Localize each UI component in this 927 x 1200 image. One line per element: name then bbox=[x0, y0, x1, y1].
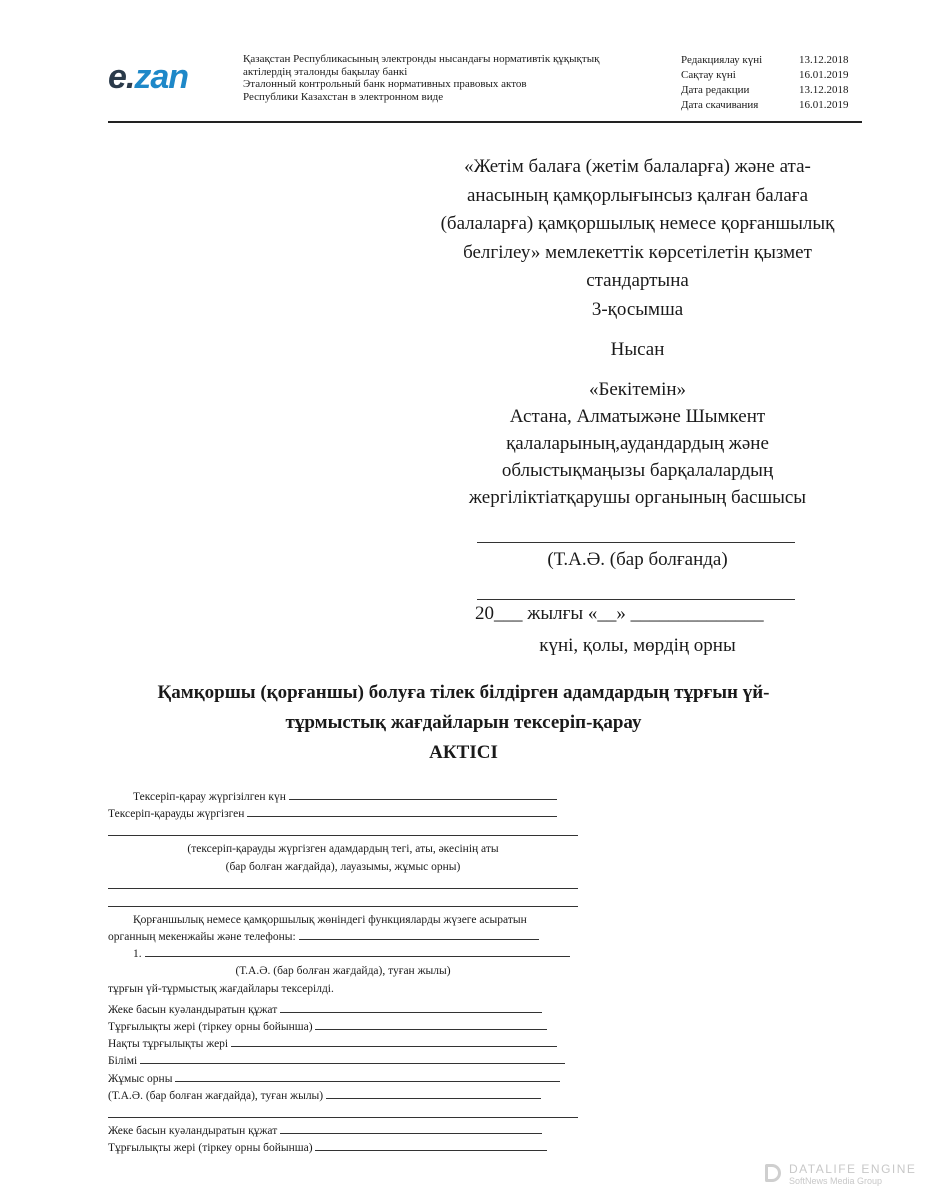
field-person-1: 1. bbox=[108, 946, 578, 963]
person-caption: (Т.А.Ә. (бар болған жағдайда), туған жыл… bbox=[108, 963, 578, 980]
inspector-caption-2: (бар болған жағдайда), лауазымы, жұмыс о… bbox=[108, 859, 578, 876]
blank-line bbox=[108, 823, 578, 836]
field-authority-address: органның мекенжайы және телефоны: bbox=[108, 929, 578, 946]
date-caption: күні, қолы, мөрдің орны bbox=[405, 632, 870, 661]
authority-text: Қорғаншылық немесе қамқоршылық жөніндегі… bbox=[108, 912, 578, 929]
meta-save-date-kz: Сақтау күні16.01.2019 bbox=[681, 68, 849, 83]
meta-edit-date-ru: Дата редакции13.12.2018 bbox=[681, 83, 849, 98]
meta-download-date: Дата скачивания16.01.2019 bbox=[681, 98, 849, 113]
field-id-doc-2: Жеке басын куәландыратын құжат bbox=[108, 1123, 578, 1140]
datalife-logo-icon bbox=[765, 1164, 781, 1182]
inspection-form: Тексеріп-қарау жүргізілген күн Тексеріп-… bbox=[108, 789, 578, 1157]
signature-line bbox=[477, 599, 795, 600]
document-header: e.zan Қазақстан Республикасының электрон… bbox=[108, 50, 862, 122]
field-workplace: Жұмыс орны bbox=[108, 1071, 578, 1088]
act-title: Қамқоршы (қорғаншы) болуға тілек білдірг… bbox=[100, 678, 827, 768]
meta-edit-date-kz: Редакциялау күні13.12.2018 bbox=[681, 53, 849, 68]
field-actual-address: Нақты тұрғылықты жері bbox=[108, 1036, 578, 1053]
signature-name-line bbox=[477, 542, 795, 543]
fio-caption: (Т.А.Ә. (бар болғанда) bbox=[405, 546, 870, 575]
approval-date-line: 20___ жылғы «__» ______________ bbox=[475, 603, 764, 625]
field-fio-birth: (Т.А.Ә. (бар болған жағдайда), туған жыл… bbox=[108, 1088, 578, 1105]
header-meta: Редакциялау күні13.12.2018 Сақтау күні16… bbox=[681, 53, 849, 113]
field-education: Білімі bbox=[108, 1053, 578, 1070]
blank-line bbox=[108, 1105, 578, 1118]
field-registered-address-2: Тұрғылықты жері (тіркеу орны бойынша) bbox=[108, 1140, 578, 1157]
field-id-doc: Жеке басын куәландыратын құжат bbox=[108, 1002, 578, 1019]
field-registered-address: Тұрғылықты жері (тіркеу орны бойынша) bbox=[108, 1019, 578, 1036]
ezan-logo: e.zan bbox=[108, 60, 188, 94]
header-description: Қазақстан Республикасының электронды ныс… bbox=[243, 53, 599, 103]
form-label: Нысан bbox=[405, 336, 870, 365]
blank-line bbox=[108, 894, 578, 907]
header-divider bbox=[108, 121, 862, 123]
inspector-caption: (тексеріп-қарауды жүргізген адамдардың т… bbox=[108, 841, 578, 858]
blank-line bbox=[108, 876, 578, 889]
checked-text: тұрғын үй-тұрмыстық жағдайлары тексерілд… bbox=[108, 981, 578, 998]
approval-block: «Бекітемін» Астана, Алматыжәне Шымкент қ… bbox=[405, 376, 870, 511]
annex-reference: «Жетім балаға (жетім балаларға) және ата… bbox=[405, 153, 870, 324]
field-inspection-date: Тексеріп-қарау жүргізілген күн bbox=[108, 789, 578, 806]
field-inspector: Тексеріп-қарауды жүргізген bbox=[108, 806, 578, 823]
